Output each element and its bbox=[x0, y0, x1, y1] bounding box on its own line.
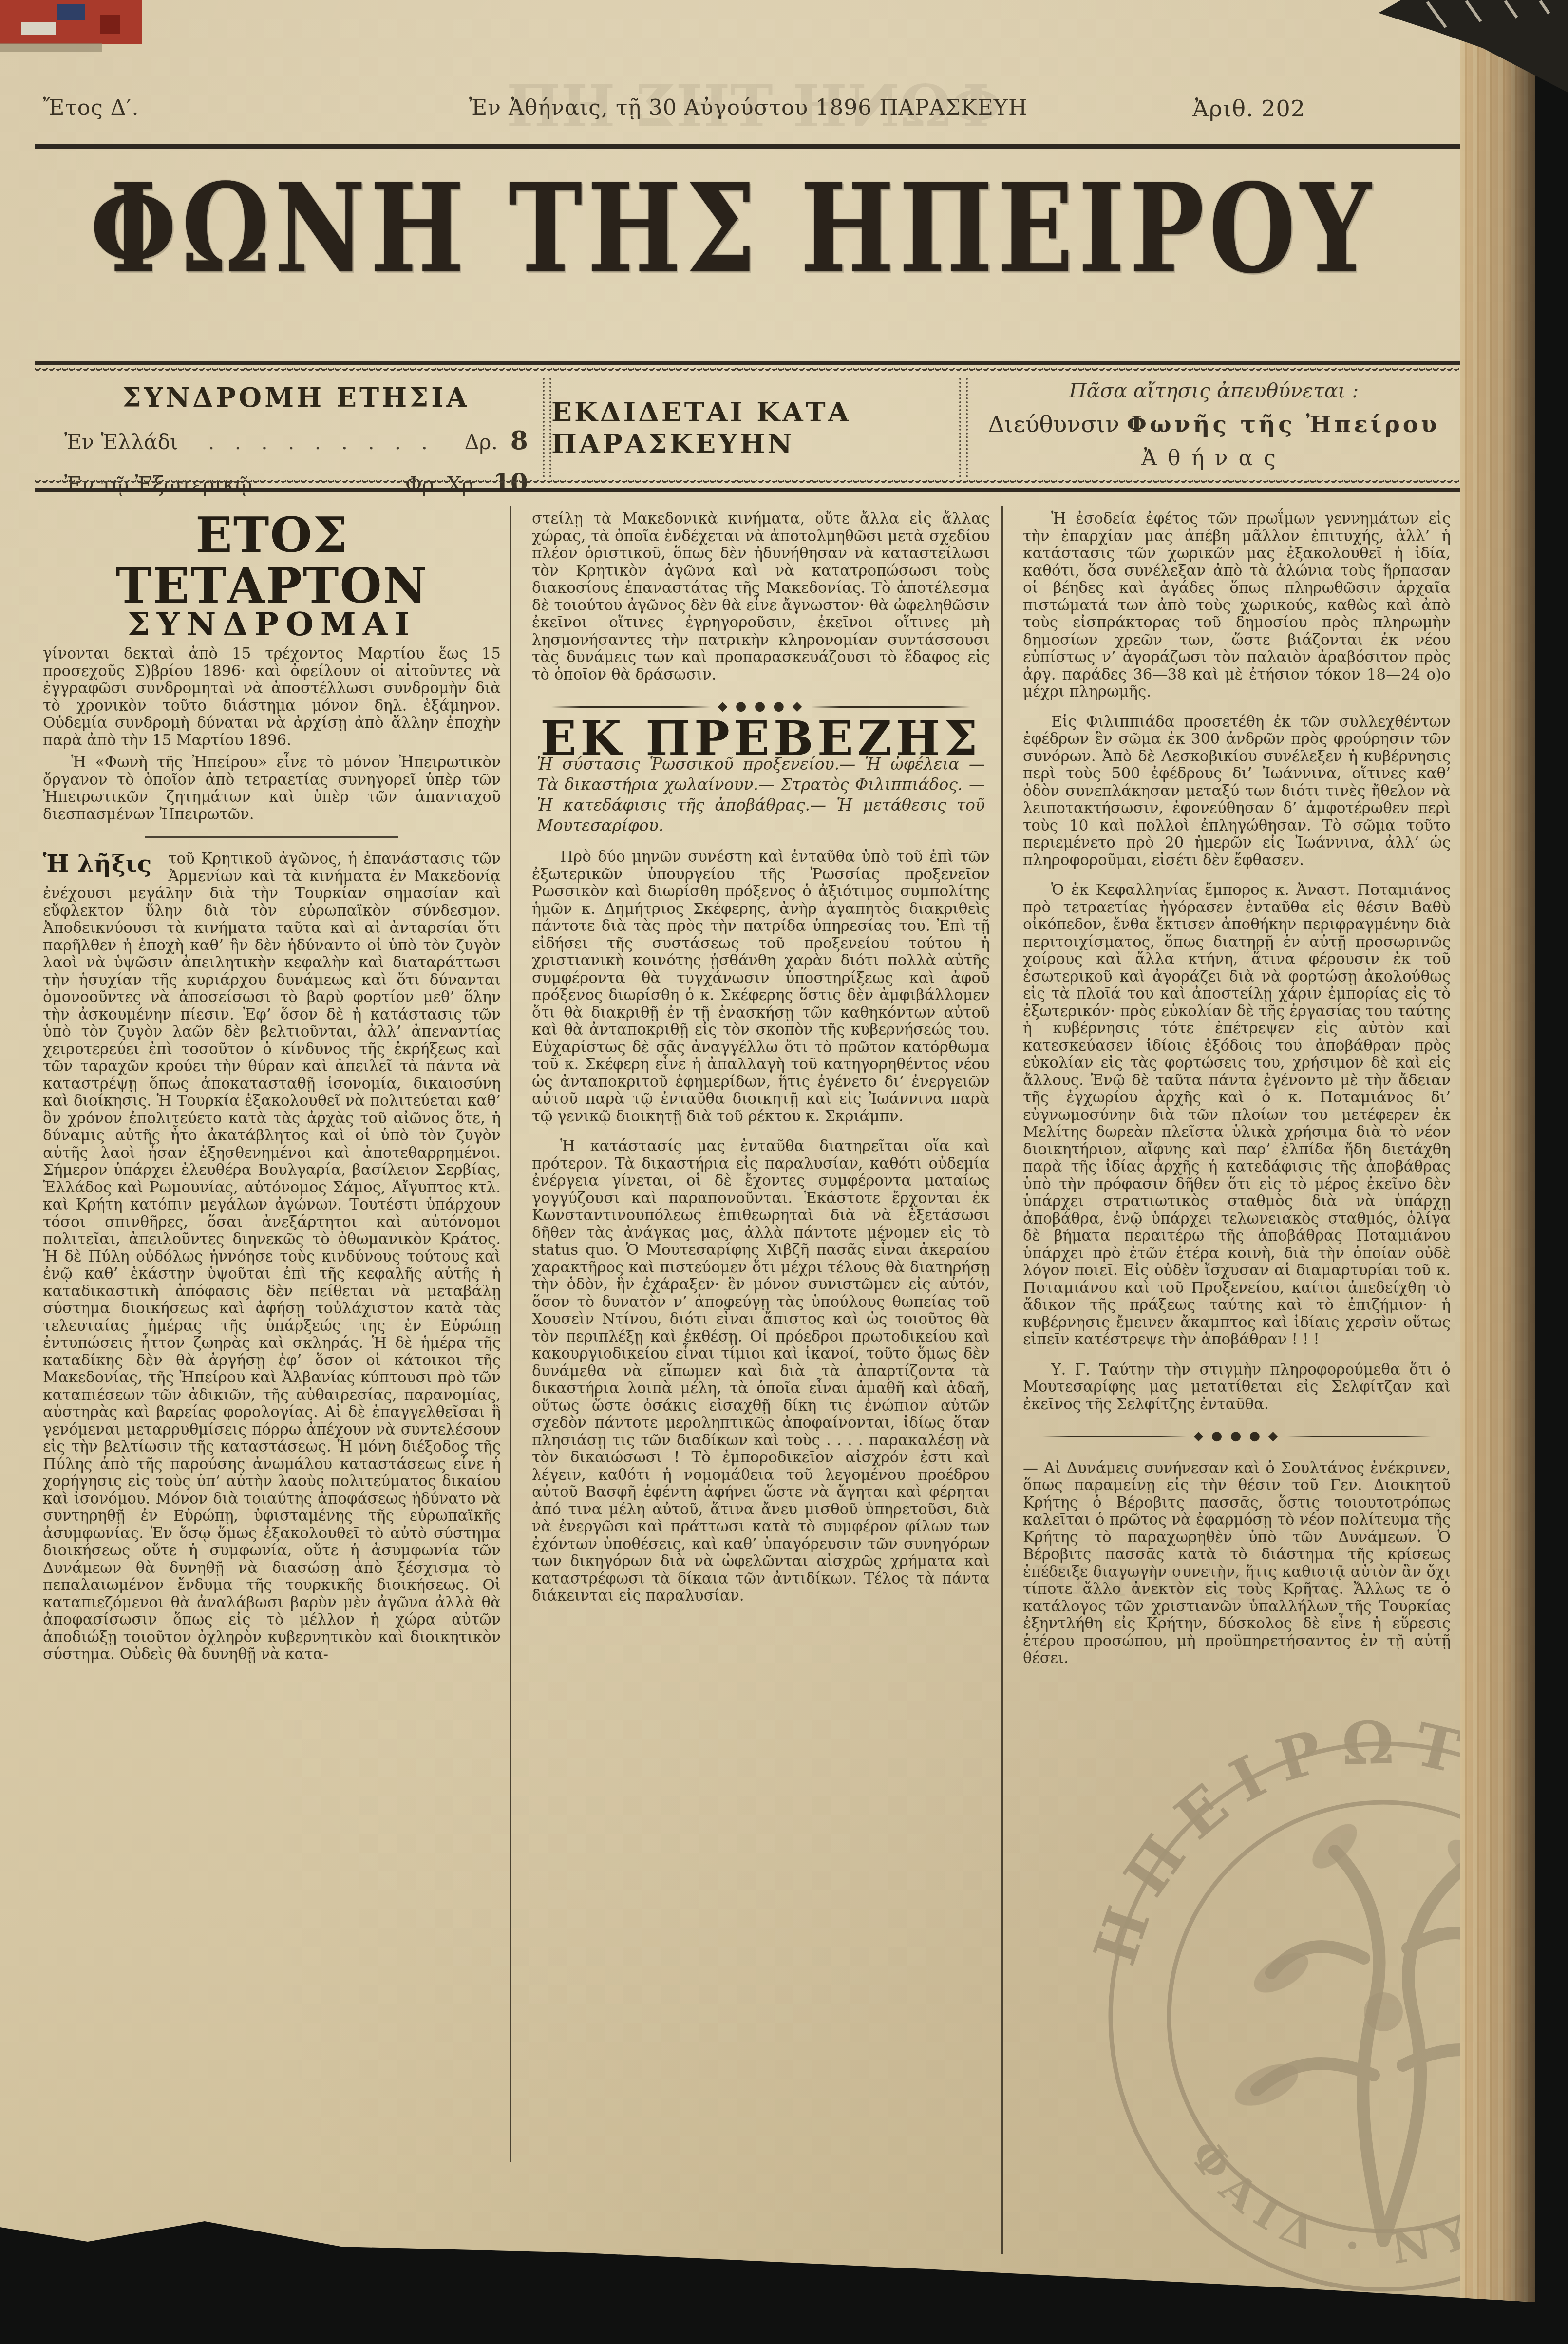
potamianos-paragraph: Ὁ ἐκ Κεφαλληνίας ἔμπορος κ. Ἀναστ. Ποταμ… bbox=[1023, 882, 1451, 1349]
subscription-title: ΣΥΝΔΡΟΜΗ ΕΤΗΣΙΑ bbox=[64, 382, 528, 413]
artifact-blue-mark bbox=[57, 4, 85, 20]
frequency-note: ΕΚΔΙΔΕΤΑΙ ΚΑΤΑ ΠΑΡΑΣΚΕΥΗΝ bbox=[551, 396, 959, 459]
about-paper-paragraph: Ἡ «Φωνὴ τῆς Ἠπείρου» εἶνε τὸ μόνον Ἠπειρ… bbox=[43, 754, 501, 823]
address-brand: Φωνῆς τῆς Ἠπείρου bbox=[1127, 411, 1440, 438]
ornament-glyph: ◆ ● ● ● ◆ bbox=[1187, 1428, 1286, 1445]
reservists-paragraph: Εἰς Φιλιππιάδα προσετέθη ἐκ τῶν συλλεχθέ… bbox=[1023, 714, 1451, 870]
lead-article-body: τοῦ Κρητικοῦ ἀγῶνος, ἡ ἐπανάστασις τῶν Ἀ… bbox=[43, 850, 501, 1663]
subscription-price: 8 bbox=[510, 426, 528, 455]
section-heading-subscriptions: ΣΥΝΔΡΟΜΑΙ bbox=[43, 616, 501, 633]
column-rule bbox=[510, 506, 511, 2162]
address-city: Ἀθήνας bbox=[968, 446, 1460, 471]
frequency-box: ΕΚΔΙΔΕΤΑΙ ΚΑΤΑ ΠΑΡΑΣΚΕΥΗΝ bbox=[551, 375, 959, 480]
masthead-title: ΦΩΝΗ ΤΗΣ ΗΠΕΙΡΟΥ bbox=[7, 157, 1459, 301]
currency-unit: Δρ. bbox=[464, 430, 497, 454]
column-1: ΕΤΟΣ ΤΕΤΑΡΤΟΝ ΣΥΝΔΡΟΜΑΙ γίνονται δεκταὶ … bbox=[43, 510, 501, 1663]
photo-corner-artifact bbox=[0, 0, 142, 44]
leader-dots: . . . . . . . . . bbox=[178, 430, 464, 454]
newspaper-page: ΦΩΝΗ ΤΗΣ ΗΠ ΜΑΚΕΔΟΝΙΚ Ἔτος Δ′. Ἐν Ἀθήναι… bbox=[0, 0, 1535, 2344]
address-note: Πᾶσα αἴτησις ἀπευθύνεται : bbox=[968, 379, 1460, 402]
issue-number: Ἀριθ. 202 bbox=[1192, 95, 1305, 122]
subscription-box: ΣΥΝΔΡΟΜΗ ΕΤΗΣΙΑ Ἐν Ἑλλάδι . . . . . . . … bbox=[35, 375, 543, 480]
ornament-divider: ◆ ● ● ● ◆ bbox=[1042, 1428, 1431, 1445]
subscription-row-greece: Ἐν Ἑλλάδι . . . . . . . . . Δρ. 8 bbox=[64, 426, 528, 455]
header-rule bbox=[35, 144, 1460, 149]
lead-article: Ἡ λῆξις τοῦ Κρητικοῦ ἀγῶνος, ἡ ἐπανάστασ… bbox=[43, 851, 501, 1663]
article-deck: Ἡ σύστασις Ῥωσσικοῦ προξενείου.— Ἡ ὠφέλε… bbox=[537, 754, 985, 836]
preveza-paragraph-2: Ἡ κατάστασίς μας ἐνταῦθα διατηρεῖται οἵα… bbox=[532, 1138, 990, 1605]
stitch-threads-icon bbox=[1408, 0, 1568, 73]
subscriptions-paragraph: γίνονται δεκταὶ ἀπὸ 15 τρέχοντος Μαρτίου… bbox=[43, 645, 501, 749]
photographed-newspaper: ΦΩΝΗ ΤΗΣ ΗΠ ΜΑΚΕΔΟΝΙΚ Ἔτος Δ′. Ἐν Ἀθήναι… bbox=[0, 0, 1568, 2344]
section-heading-year: ΕΤΟΣ ΤΕΤΑΡΤΟΝ bbox=[43, 510, 501, 612]
column-rule bbox=[1001, 506, 1003, 2254]
crete-news-paragraph: — Αἱ Δυνάμεις συνήνεσαν καὶ ὁ Σουλτάνος … bbox=[1023, 1460, 1451, 1667]
lead-article-continuation: στείλῃ τὰ Μακεδονικὰ κινήματα, οὔτε ἄλλα… bbox=[532, 510, 990, 683]
infobar-bottom-rule bbox=[35, 480, 1460, 492]
infobar-separator bbox=[543, 378, 551, 477]
postscript-paragraph: Υ. Γ. Ταύτην τὴν στιγμὴν πληροφορούμεθα … bbox=[1023, 1361, 1451, 1414]
preveza-paragraph-1: Πρὸ δύο μηνῶν συνέστη καὶ ἐνταῦθα ὑπὸ το… bbox=[532, 849, 990, 1125]
address-line: Διεύθυνσιν Φωνῆς τῆς Ἠπείρου bbox=[968, 411, 1460, 438]
column-3: Ἡ ἐσοδεία ἐφέτος τῶν πρωΐμων γεννημάτων … bbox=[1023, 510, 1451, 1667]
address-box: Πᾶσα αἴτησις ἀπευθύνεται : Διεύθυνσιν Φω… bbox=[968, 375, 1460, 480]
harvest-paragraph: Ἡ ἐσοδεία ἐφέτος τῶν πρωΐμων γεννημάτων … bbox=[1023, 510, 1451, 701]
dateline: Ἐν Ἀθήναις, τῇ 30 Αὐγούστου 1896 ΠΑΡΑΣΚΕ… bbox=[469, 95, 1028, 120]
column-2: στείλῃ τὰ Μακεδονικὰ κινήματα, οὔτε ἄλλα… bbox=[532, 510, 990, 1605]
lead-article-catchword: Ἡ λῆξις bbox=[43, 851, 168, 875]
artifact-white-mark bbox=[21, 22, 56, 35]
page-edge-sliver bbox=[0, 43, 102, 52]
infobar-separator bbox=[959, 378, 968, 477]
subscription-label: Ἐν Ἑλλάδι bbox=[64, 430, 178, 454]
infobar: ΣΥΝΔΡΟΜΗ ΕΤΗΣΙΑ Ἐν Ἑλλάδι . . . . . . . … bbox=[35, 375, 1460, 480]
fore-edge-shadow bbox=[1505, 0, 1535, 2344]
address-prefix: Διεύθυνσιν bbox=[988, 411, 1119, 438]
thin-divider-rule bbox=[145, 836, 398, 838]
infobar-top-rule bbox=[35, 361, 1460, 373]
volume-year-label: Ἔτος Δ′. bbox=[43, 95, 139, 120]
artifact-dark-mark bbox=[100, 15, 120, 34]
article-headline-prevеza: ΕΚ ΠΡΕΒΕΖΗΣ bbox=[532, 730, 990, 748]
